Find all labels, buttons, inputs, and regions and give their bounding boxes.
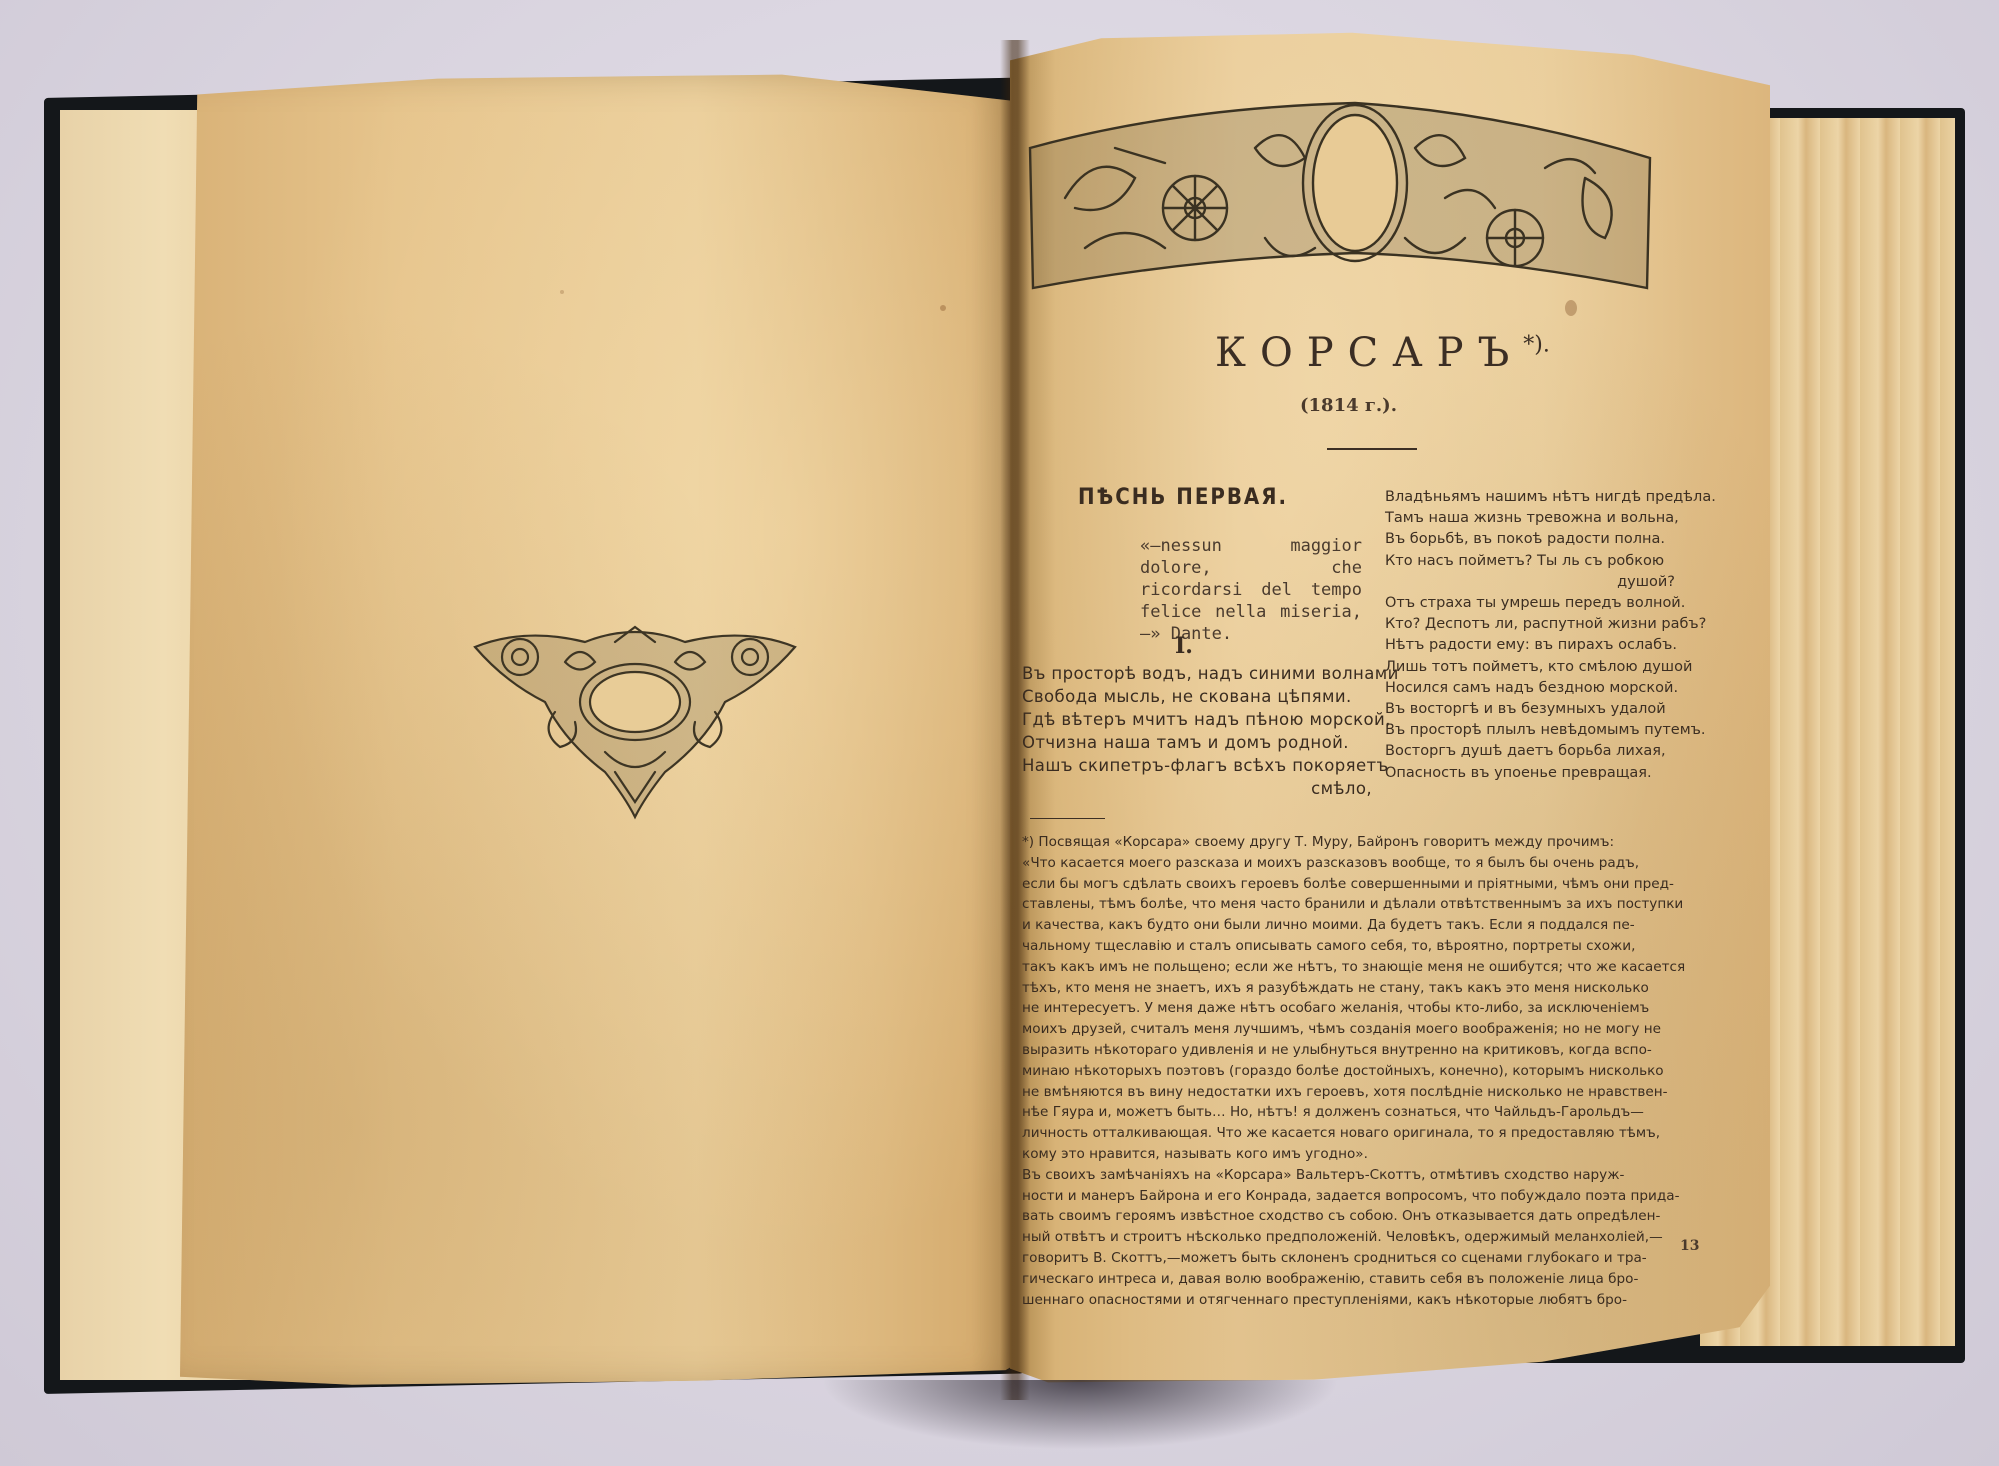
verse-line: Восторгъ душѣ даетъ борьба лихая, xyxy=(1385,741,1675,762)
footnote-line: говоритъ В. Скоттъ,—можетъ быть склоненъ… xyxy=(1022,1248,1712,1269)
footnote-line: Въ своихъ замѣчаніяхъ на «Корсара» Вальт… xyxy=(1022,1165,1712,1186)
verse-line: Кто насъ пойметъ? Ты ль съ робкою xyxy=(1385,551,1675,572)
canto-heading: ПѢСНЬ ПЕРВАЯ. xyxy=(1078,485,1288,510)
vignette-ornament-icon xyxy=(465,622,805,822)
verse-line: смѣло, xyxy=(1022,777,1372,800)
page-number: 13 xyxy=(1680,1238,1699,1254)
footnote-line: *) Посвящая «Корсара» своему другу Т. Му… xyxy=(1022,832,1712,853)
section-number: I. xyxy=(1175,633,1193,659)
footnote-line: моихъ друзей, считалъ меня лучшимъ, чѣмъ… xyxy=(1022,1019,1712,1040)
poem-year: (1814 г.). xyxy=(1300,395,1397,416)
footnote-line: и качества, какъ будто они были лично мо… xyxy=(1022,915,1712,936)
footnote-line: ности и манеръ Байрона и его Конрада, за… xyxy=(1022,1186,1712,1207)
verse-line: Кто? Деспотъ ли, распутной жизни рабъ? xyxy=(1385,614,1675,635)
footnote-line: тѣхъ, кто меня не знаетъ, ихъ я разубѣжд… xyxy=(1022,978,1712,999)
footnote-divider xyxy=(1030,818,1105,819)
book-shadow xyxy=(820,1380,1340,1450)
verse-column-left: Въ просторѣ водъ, надъ синими волнами Св… xyxy=(1022,662,1372,800)
open-book-photo: КОРСАРЪ*). (1814 г.). ПѢСНЬ ПЕРВАЯ. «—ne… xyxy=(0,0,1999,1466)
verse-line: Опасность въ упоенье превращая. xyxy=(1385,763,1675,784)
verse-line: Тамъ наша жизнь тревожна и вольна, xyxy=(1385,508,1675,529)
verse-column-right: Владѣньямъ нашимъ нѣтъ нигдѣ предѣла. Та… xyxy=(1385,487,1675,784)
foxing-spot xyxy=(940,305,946,311)
verse-line: Гдѣ вѣтеръ мчитъ надъ пѣною морской, xyxy=(1022,708,1372,731)
title-divider xyxy=(1327,448,1417,450)
footnote-line: ный отвѣтъ и строитъ нѣсколько предполож… xyxy=(1022,1227,1712,1248)
foxing-spot xyxy=(560,290,564,294)
verse-line: Въ просторѣ плылъ невѣдомымъ путемъ. xyxy=(1385,720,1675,741)
footnote-line: личность отталкивающая. Что же касается … xyxy=(1022,1123,1712,1144)
verse-line: Свобода мысль, не скована цѣпями. xyxy=(1022,685,1372,708)
epigraph: «—nessun maggior dolore, che ricordarsi … xyxy=(1140,535,1362,645)
footnote-line: минаю нѣкоторыхъ поэтовъ (гораздо болѣе … xyxy=(1022,1061,1712,1082)
footnote: *) Посвящая «Корсара» своему другу Т. Му… xyxy=(1022,832,1712,1310)
verse-line: Нашъ скипетръ-флагъ всѣхъ покоряетъ xyxy=(1022,754,1372,777)
footnote-line: нѣе Гяура и, можетъ быть… Но, нѣтъ! я до… xyxy=(1022,1102,1712,1123)
verse-line: Владѣньямъ нашимъ нѣтъ нигдѣ предѣла. xyxy=(1385,487,1675,508)
footnote-line: ставлены, тѣмъ болѣе, что меня часто бра… xyxy=(1022,894,1712,915)
footnote-line: чальному тщеславію и сталъ описывать сам… xyxy=(1022,936,1712,957)
verse-line: Отчизна наша тамъ и домъ родной. xyxy=(1022,731,1372,754)
verse-line: Носился самъ надъ бездною морской. xyxy=(1385,678,1675,699)
poem-title: КОРСАРЪ*). xyxy=(1215,330,1550,376)
verse-line: Въ просторѣ водъ, надъ синими волнами xyxy=(1022,662,1372,685)
footnote-line: шеннаго опасностями и отягченнаго престу… xyxy=(1022,1290,1712,1311)
verse-line: Въ борьбѣ, въ покоѣ радости полна. xyxy=(1385,529,1675,550)
footnote-line: не вмѣняются въ вину недостатки ихъ геро… xyxy=(1022,1082,1712,1103)
footnote-line: если бы могъ сдѣлать своихъ героевъ болѣ… xyxy=(1022,874,1712,895)
headpiece-ornament-icon xyxy=(1025,88,1655,303)
footnote-line: выразить нѣкотораго удивленія и не улыбн… xyxy=(1022,1040,1712,1061)
footnote-line: вать своимъ героямъ извѣстное сходство с… xyxy=(1022,1206,1712,1227)
verse-line: Нѣтъ радости ему: въ пирахъ ослабъ. xyxy=(1385,635,1675,656)
footnote-line: гическаго интреса и, давая волю воображе… xyxy=(1022,1269,1712,1290)
verse-line: Отъ страха ты умрешь передъ волной. xyxy=(1385,593,1675,614)
footnote-line: кому это нравится, называть кого имъ уго… xyxy=(1022,1144,1712,1165)
verse-line: душой? xyxy=(1385,572,1675,593)
footnote-line: такъ какъ имъ не польщено; если же нѣтъ,… xyxy=(1022,957,1712,978)
footnote-line: не интересуетъ. У меня даже нѣтъ особаго… xyxy=(1022,998,1712,1019)
verse-line: Въ восторгѣ и въ безумныхъ удалой xyxy=(1385,699,1675,720)
footnote-line: «Что касается моего разсказа и моихъ раз… xyxy=(1022,853,1712,874)
verse-line: Лишь тотъ пойметъ, кто смѣлою душой xyxy=(1385,657,1675,678)
